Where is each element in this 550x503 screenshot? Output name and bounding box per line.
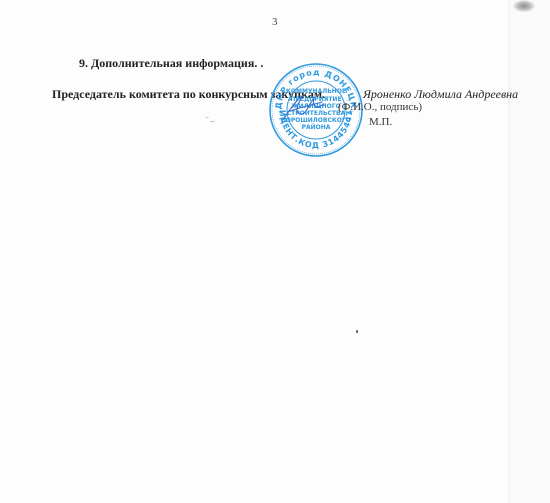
- section-heading: 9. Дополнительная информация. .: [79, 56, 263, 71]
- signature-caption: (Ф.И.О., подпись): [338, 101, 422, 113]
- stamp-line: РАЙОНА: [302, 124, 331, 131]
- scan-speck: [356, 330, 358, 333]
- page-number: 3: [272, 16, 278, 28]
- scan-page-edge: [508, 0, 550, 503]
- document-page: 3 9. Дополнительная информация. . Предсе…: [0, 0, 550, 503]
- chair-full-name: Яроненко Людмила Андреевна: [363, 87, 518, 102]
- seal-caption: М.П.: [369, 116, 392, 128]
- scan-smudge: [513, 0, 535, 12]
- scan-speck: [205, 117, 209, 118]
- scan-speck: [210, 121, 215, 122]
- handwritten-signature-icon: [282, 92, 327, 122]
